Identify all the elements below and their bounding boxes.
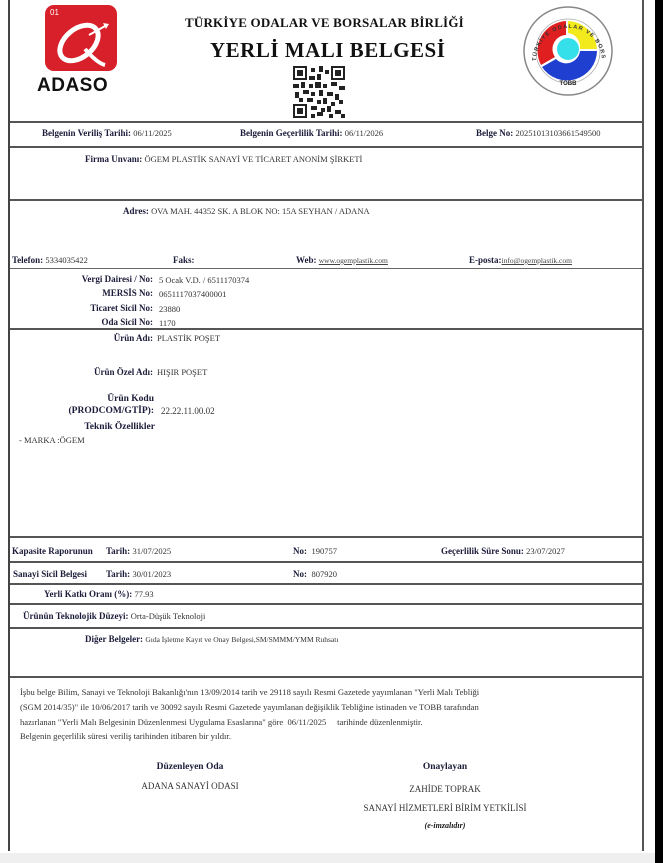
tech-specs-value: - MARKA :ÖGEM: [19, 435, 85, 445]
email-link[interactable]: info@ogemplastik.com: [502, 256, 572, 265]
other-docs-field: Diğer Belgeler: Gıda İşletme Kayıt ve On…: [85, 634, 338, 644]
divider: [10, 676, 642, 678]
issue-date-field: Belgenin Veriliş Tarihi: 06/11/2025: [42, 128, 172, 138]
org-title: TÜRKİYE ODALAR VE BORSALAR BİRLİĞİ: [185, 15, 464, 31]
certificate-document: 01 ADASO TÜRKİYE ODALAR VE BORSALAR BİRL…: [8, 0, 644, 851]
issue-date: 06/11/2025: [133, 128, 171, 138]
local-content-field: Yerli Katkı Oranı (%): 77.93: [44, 589, 154, 599]
divider: [10, 583, 642, 585]
chamber-registry-value: 1170: [159, 318, 176, 328]
web-link[interactable]: www.ogemplastik.com: [319, 256, 388, 265]
industry-registry-title: Sanayi Sicil Belgesi: [13, 569, 87, 579]
divider: [10, 268, 642, 269]
product-code: 22.22.11.00.02: [161, 406, 215, 416]
product-code-label-2: (PRODCOM/GTİP):: [10, 406, 154, 416]
document-title: YERLİ MALI BELGESİ: [210, 38, 445, 63]
tobb-logo-icon: TOBB TÜRKİYE ODALAR VE BORSALAR BİRLİĞİ: [522, 5, 614, 97]
address-field: Adres: OVA MAH. 44352 SK. A BLOK NO: 15A…: [123, 206, 370, 216]
capacity-expiry: 23/07/2027: [526, 546, 565, 556]
address-value: OVA MAH. 44352 SK. A BLOK NO: 15A SEYHAN…: [151, 206, 370, 216]
approver-label: Onaylayan: [365, 762, 525, 772]
viewer-edge: [655, 0, 663, 863]
legal-text-line-1: İşbu belge Bilim, Sanayi ve Teknoloji Ba…: [20, 685, 635, 699]
viewer-bottom-bar: [0, 853, 655, 863]
capacity-expiry-field: Geçerlilik Süre Sonu: 23/07/2027: [441, 546, 565, 556]
chamber-registry-label: Oda Sicil No:: [10, 317, 153, 327]
capacity-no: 190757: [312, 546, 338, 556]
approver-name: ZAHİDE TOPRAK: [345, 784, 545, 794]
firm-name: ÖGEM PLASTİK SANAYİ VE TİCARET ANONİM Şİ…: [145, 154, 363, 164]
product-special-name: HIŞIR POŞET: [157, 367, 207, 377]
legal-text-line-2: (SGM 2014/35)" ile 10/06/2017 tarih ve 3…: [20, 700, 635, 714]
other-docs-value: Gıda İşletme Kayıt ve Onay Belgesi,SM/SM…: [145, 635, 338, 644]
tech-specs-label: Teknik Özellikler: [10, 422, 155, 432]
adaso-name: ADASO: [37, 75, 108, 97]
phone-field: Telefon: 5334035422: [12, 255, 88, 265]
capacity-no-field: No: 190757: [293, 546, 337, 556]
divider: [10, 121, 642, 123]
divider: [10, 328, 642, 330]
legal-text-line-3: hazırlanan "Yerli Malı Belgesinin Düzenl…: [20, 715, 635, 729]
tech-level-value: Orta-Düşük Teknoloji: [131, 611, 206, 621]
industry-registry-date: 30/01/2023: [132, 569, 171, 579]
fax-field: Faks:: [173, 255, 195, 265]
tax-office-value: 5 Ocak V.D. / 6511170374: [159, 275, 249, 285]
adaso-logo-icon: 01: [45, 5, 117, 71]
tech-level-field: Ürünün Teknolojik Düzeyi: Orta-Düşük Tek…: [23, 611, 205, 621]
industry-registry-no-field: No: 807920: [293, 569, 337, 579]
capacity-date-field: Tarih: 31/07/2025: [106, 546, 171, 556]
divider: [10, 561, 642, 563]
tax-office-label: Vergi Dairesi / No:: [10, 274, 153, 284]
product-name: PLASTİK POŞET: [157, 333, 220, 343]
valid-date: 06/11/2026: [345, 128, 383, 138]
email-field: E-posta:info@ogemplastik.com: [469, 255, 572, 265]
product-special-name-label: Ürün Özel Adı:: [10, 367, 153, 377]
valid-date-field: Belgenin Geçerlilik Tarihi: 06/11/2026: [240, 128, 383, 138]
divider: [10, 603, 642, 605]
product-name-label: Ürün Adı:: [10, 333, 153, 343]
product-code-label-1: Ürün Kodu: [10, 394, 154, 404]
phone-value: 5334035422: [45, 255, 88, 265]
svg-text:TOBB: TOBB: [560, 81, 578, 87]
mersis-value: 0651117037400001: [159, 289, 226, 299]
local-content-value: 77.93: [135, 589, 154, 599]
divider: [10, 536, 642, 538]
issuer-label: Düzenleyen Oda: [110, 762, 270, 772]
industry-registry-date-field: Tarih: 30/01/2023: [106, 569, 171, 579]
legal-issue-date: 06/11/2025: [287, 717, 326, 727]
approver-title: SANAYİ HİZMETLERİ BİRİM YETKİLİSİ: [325, 803, 565, 813]
capacity-date: 31/07/2025: [132, 546, 171, 556]
doc-no-field: Belge No: 20251013103661549500: [476, 128, 601, 138]
legal-text-line-4: Belgenin geçerlilik süresi veriliş tarih…: [20, 729, 635, 743]
issuer-name: ADANA SANAYİ ODASI: [110, 781, 270, 791]
firm-field: Firma Unvanı: ÖGEM PLASTİK SANAYİ VE TİC…: [85, 154, 362, 164]
doc-no: 20251013103661549500: [516, 128, 601, 138]
web-field: Web: www.ogemplastik.com: [296, 255, 388, 265]
capacity-report-title: Kapasite Raporunun: [12, 546, 93, 556]
e-signature-note: (e-imzalıdır): [395, 821, 495, 830]
industry-registry-no: 807920: [312, 569, 338, 579]
qr-code-icon: [293, 66, 345, 118]
divider: [10, 627, 642, 629]
trade-registry-value: 23880: [159, 304, 180, 314]
divider: [10, 146, 642, 148]
trade-registry-label: Ticaret Sicil No:: [10, 303, 153, 313]
divider: [10, 199, 642, 201]
mersis-label: MERSİS No:: [10, 288, 153, 298]
